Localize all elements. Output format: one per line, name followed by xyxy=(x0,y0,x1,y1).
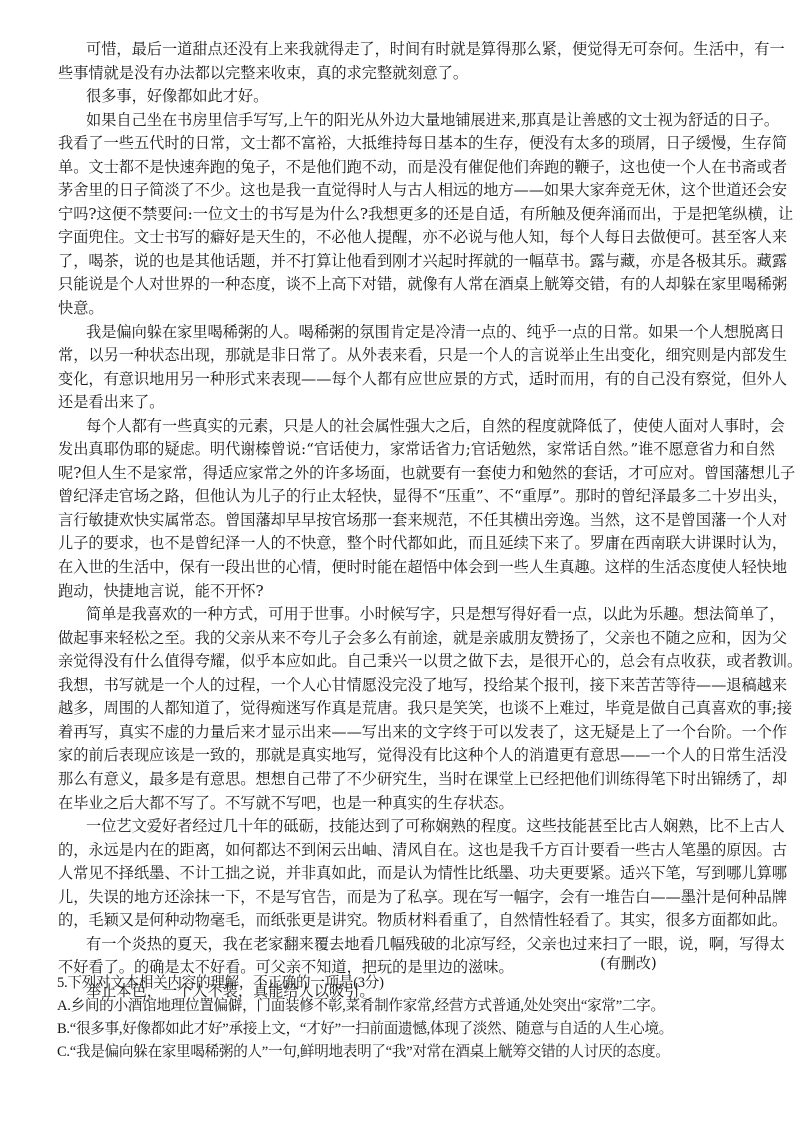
text-line: 只能说是个人对世界的一种态度，谈不上高下对错，就像有人常在酒桌上觥筹交错，有的人… xyxy=(58,273,735,297)
text-line: 言行敏捷欢快实属常态。曾国藩却早早按官场那一套来规范，不任其横出旁逸。当然，这不… xyxy=(58,509,735,533)
option-label: C. xyxy=(57,1044,70,1060)
text-line: 我想，书写就是一个人的过程，一个人心甘情愿没完没了地写，投给某个报刊，接下来苦苦… xyxy=(58,674,735,698)
paragraph: 很多事，好像都如此才好。 xyxy=(58,85,735,109)
text-line: 跑动，快捷地言说，能不开怀? xyxy=(58,580,735,604)
text-line: 每个人都有一些真实的元素，只是人的社会属性强大之后，自然的程度就降低了，使使人面… xyxy=(58,415,735,439)
text-line: 亲觉得没有什么值得夸耀，似乎本应如此。自己秉兴一以贯之做下去，是很开心的，总会有… xyxy=(58,650,735,674)
text-line: 还是看出来了。 xyxy=(58,391,735,415)
option-text: 乡间的小酒馆地理位置偏僻，门面装修不彰,菜肴制作家常,经营方式普通,处处突出“家… xyxy=(71,998,665,1014)
text-line: 家的前后表现应该是一致的，那就是真实地写，觉得没有比这种个人的消遣更有意思——一… xyxy=(58,744,735,768)
option-text: “我是偏向躲在家里喝稀粥的人”一句,鲜明地表明了“我”对常在酒桌上觥筹交错的人讨… xyxy=(70,1044,670,1060)
paragraph: 简单是我喜欢的一种方式，可用于世事。小时候写字，只是想写得好看一点，以此为乐趣。… xyxy=(58,603,735,815)
question-stem: 5.下列对文本相关内容的理解，不正确的一项是(3分) xyxy=(57,972,757,995)
text-line: 儿子的要求，也不是曾纪泽一人的不快意，整个时代都如此，而且延续下来了。罗庸在西南… xyxy=(58,532,735,556)
text-line: 茅舍里的日子简淡了不少。这也是我一直觉得时人与古人相远的地方——如果大家奔竞无休… xyxy=(58,179,735,203)
exam-page: 可惜，最后一道甜点还没有上来我就得走了，时间有时就是算得那么紧，便觉得无可奈何。… xyxy=(0,0,800,1131)
text-line: 了，喝茶，说的也是其他话题，并不打算让他看到刚才兴起时挥就的一幅草书。露与藏，亦… xyxy=(58,250,735,274)
text-line: 单。文士都不是快速奔跑的兔子，不是他们跑不动，而是没有催促他们奔跑的鞭子，这也使… xyxy=(58,156,735,180)
paragraph: 可惜，最后一道甜点还没有上来我就得走了，时间有时就是算得那么紧，便觉得无可奈何。… xyxy=(58,38,735,85)
text-line: 发出真耶伪耶的疑虑。明代谢榛曾说:“官话使力，家常话省力;官话勉然，家常话自然。… xyxy=(58,438,735,462)
text-line: 我看了一些五代时的日常，文士都不富裕，大抵维持每日基本的生存，便没有太多的琐屑，… xyxy=(58,132,735,156)
text-line: 可惜，最后一道甜点还没有上来我就得走了，时间有时就是算得那么紧，便觉得无可奈何。… xyxy=(58,38,735,62)
text-line: 曾纪泽走官场之路，但他认为儿子的行止太轻快，显得不“压重”、不“重厚”。那时的曾… xyxy=(58,485,735,509)
paragraph: 一位艺文爱好者经过几十年的砥砺，技能达到了可称娴熟的程度。这些技能甚至比古人娴熟… xyxy=(58,815,735,933)
reading-passage: 可惜，最后一道甜点还没有上来我就得走了，时间有时就是算得那么紧，便觉得无可奈何。… xyxy=(58,38,735,1003)
text-line: 人常见不择纸墨、不计工拙之说，并非真如此，而是认为情性比纸墨、功夫更要紧。适兴下… xyxy=(58,862,735,886)
text-line: 的，永远是内在的距离，如何都达不到闲云出岫、清风自在。这也是我千方百计要看一些古… xyxy=(58,839,735,863)
text-line: 变化，有意识地用另一种形式来表现——每个人都有应世应景的方式，适时而用，有的自己… xyxy=(58,368,735,392)
option-label: B. xyxy=(57,1021,70,1037)
paragraph: 每个人都有一些真实的元素，只是人的社会属性强大之后，自然的程度就降低了，使使人面… xyxy=(58,415,735,603)
option-c[interactable]: C.“我是偏向躲在家里喝稀粥的人”一句,鲜明地表明了“我”对常在酒桌上觥筹交错的… xyxy=(57,1041,757,1064)
text-line: 我是偏向躲在家里喝稀粥的人。喝稀粥的氛围肯定是冷清一点的、纯乎一点的日常。如果一… xyxy=(58,321,735,345)
text-line: 呢?但人生不是家常，得适应家常之外的许多场面，也就要有一套使力和勉然的套话，才可… xyxy=(58,462,735,486)
text-line: 快意。 xyxy=(58,297,735,321)
option-text: “很多事,好像都如此才好”承接上文，“才好”一扫前面遗憾,体现了淡然、随意与自适… xyxy=(70,1021,673,1037)
text-line: 着再写，真实不虚的力量后来才显示出来——写出来的文字终于可以发表了，这无疑是上了… xyxy=(58,721,735,745)
text-line: 简单是我喜欢的一种方式，可用于世事。小时候写字，只是想写得好看一点，以此为乐趣。… xyxy=(58,603,735,627)
text-line: 儿，失误的地方还涂抹一下，不是写官告，而是为了私享。现在写一幅字，会有一堆告白—… xyxy=(58,886,735,910)
text-line: 一位艺文爱好者经过几十年的砥砺，技能达到了可称娴熟的程度。这些技能甚至比古人娴熟… xyxy=(58,815,735,839)
text-line: 很多事，好像都如此才好。 xyxy=(58,85,735,109)
text-line: 宁吗?这便不禁要问:一位文士的书写是为什么?我想更多的还是自适，有所触及便奔涌而… xyxy=(58,203,735,227)
text-line: 做起事来轻松之至。我的父亲从来不夸儿子会多么有前途，就是亲戚朋友赞扬了，父亲也不… xyxy=(58,627,735,651)
text-line: 常，以另一种状态出现，那就是非日常了。从外表来看，只是一个人的言说举止生出变化，… xyxy=(58,344,735,368)
question-5: 5.下列对文本相关内容的理解，不正确的一项是(3分) A.乡间的小酒馆地理位置偏… xyxy=(57,972,757,1064)
text-line: 些事情就是没有办法都以完整来收束，真的求完整就刻意了。 xyxy=(58,62,735,86)
text-line: 在入世的生活中，保有一段出世的心情，便时时能在超悟中体会到一些人生真趣。这样的生… xyxy=(58,556,735,580)
text-line: 的，毛颖又是何种动物毫毛，而纸张更是讲究。物质材料看重了，自然情性轻看了。其实，… xyxy=(58,909,735,933)
paragraph: 如果自己坐在书房里信手写写,上午的阳光从外边大量地铺展进来,那真是让善感的文士视… xyxy=(58,109,735,321)
text-line: 如果自己坐在书房里信手写写,上午的阳光从外边大量地铺展进来,那真是让善感的文士视… xyxy=(58,109,735,133)
option-a[interactable]: A.乡间的小酒馆地理位置偏僻，门面装修不彰,菜肴制作家常,经营方式普通,处处突出… xyxy=(57,995,757,1018)
text-line: 在毕业之后大都不写了。不写就不写吧，也是一种真实的生存状态。 xyxy=(58,792,735,816)
text-line: 越多，周围的人都知道了，觉得痴迷写作真是荒唐。我只是笑笑，也谈不上难过，毕竟是做… xyxy=(58,697,735,721)
text-line: 字面兜住。文士书写的癖好是天生的，不必他人提醒，亦不必说与他人知，每个人每日去做… xyxy=(58,226,735,250)
paragraph: 我是偏向躲在家里喝稀粥的人。喝稀粥的氛围肯定是冷清一点的、纯乎一点的日常。如果一… xyxy=(58,321,735,415)
text-line: 那么有意义，最多是有意思。想想自己带了不少研究生，当时在课堂上已经把他们训练得笔… xyxy=(58,768,735,792)
option-label: A. xyxy=(57,998,71,1014)
option-b[interactable]: B.“很多事,好像都如此才好”承接上文，“才好”一扫前面遗憾,体现了淡然、随意与… xyxy=(57,1018,757,1041)
